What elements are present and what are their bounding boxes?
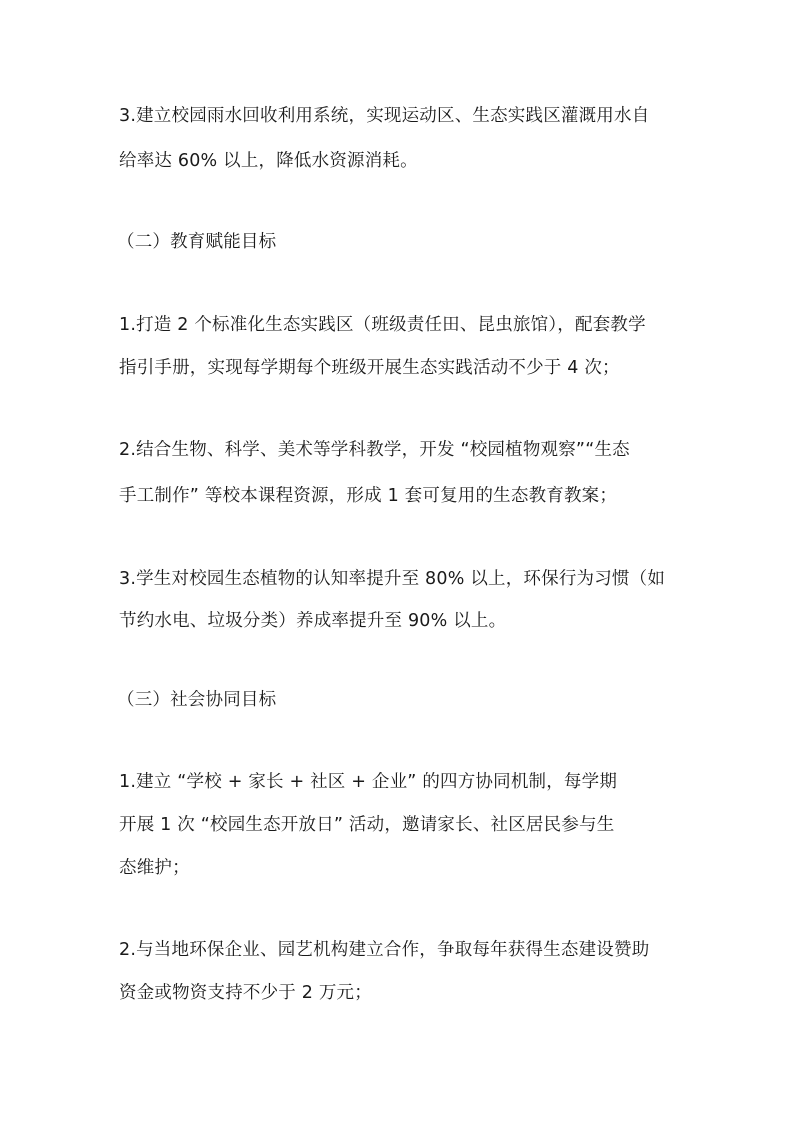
paragraph-mechanism-line-2: 开展 1 次 “校园生态开放日” 活动，邀请家长、社区居民参与生 xyxy=(119,813,679,837)
paragraph-awareness-line-2: 节约水电、垃圾分类）养成率提升至 90% 以上。 xyxy=(119,609,679,633)
paragraph-sponsorship-line-1: 2.与当地环保企业、园艺机构建立合作，争取每年获得生态建设赞助 xyxy=(119,938,679,962)
paragraph-curriculum-line-2: 手工制作” 等校本课程资源，形成 1 套可复用的生态教育教案； xyxy=(119,484,679,508)
document-page: 3.建立校园雨水回收利用系统，实现运动区、生态实践区灌溉用水自 给率达 60% … xyxy=(0,0,793,1122)
paragraph-rainwater-line-2: 给率达 60% 以上，降低水资源消耗。 xyxy=(119,149,679,173)
paragraph-mechanism-line-1: 1.建立 “学校 + 家长 + 社区 + 企业” 的四方协同机制，每学期 xyxy=(119,770,679,794)
paragraph-curriculum-line-1: 2.结合生物、科学、美术等学科教学，开发 “校园植物观察”“生态 xyxy=(119,438,679,462)
paragraph-mechanism-line-3: 态维护； xyxy=(119,856,679,880)
paragraph-awareness-line-1: 3.学生对校园生态植物的认知率提升至 80% 以上，环保行为习惯（如 xyxy=(119,567,679,591)
paragraph-sponsorship-line-2: 资金或物资支持不少于 2 万元； xyxy=(119,981,679,1005)
paragraph-practice-areas-line-2: 指引手册，实现每学期每个班级开展生态实践活动不少于 4 次； xyxy=(119,356,679,380)
section-heading-education: （二）教育赋能目标 xyxy=(117,230,677,254)
section-heading-social: （三）社会协同目标 xyxy=(117,688,677,712)
paragraph-rainwater-line-1: 3.建立校园雨水回收利用系统，实现运动区、生态实践区灌溉用水自 xyxy=(119,104,679,128)
paragraph-practice-areas-line-1: 1.打造 2 个标准化生态实践区（班级责任田、昆虫旅馆），配套教学 xyxy=(119,313,679,337)
